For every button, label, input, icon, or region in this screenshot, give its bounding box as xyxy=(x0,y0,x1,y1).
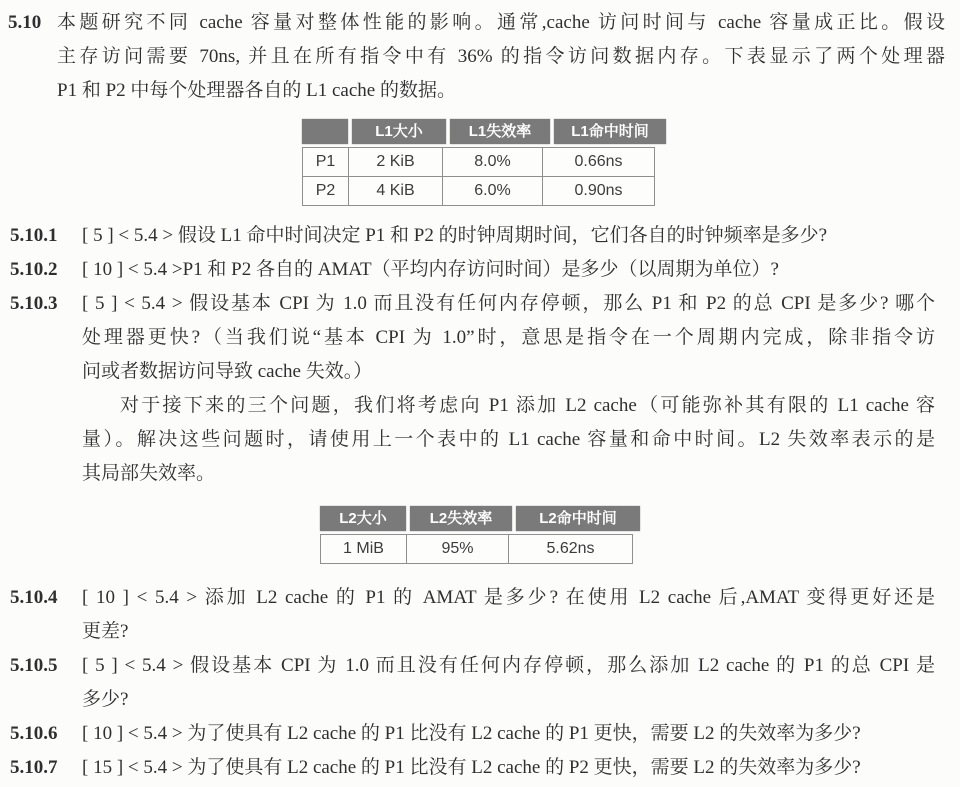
question-number: 5.10.6 xyxy=(10,717,58,751)
l2-table-header-row: L2大小 L2失效率 L2命中时间 xyxy=(320,506,640,531)
l2-table-header-cell: L2大小 xyxy=(320,506,406,531)
question-5-10-6: 5.10.6 [ 10 ] < 5.4 > 为了使具有 L2 cache 的 P… xyxy=(0,717,960,751)
paragraph-line: 其局部失效率。 xyxy=(82,457,935,491)
question-line: 处理器更快?（当我们说“基本 CPI 为 1.0”时，意思是指令在一个周期内完成… xyxy=(82,321,935,355)
l1-table-body: P1 2 KiB 8.0% 0.66ns P2 4 KiB 6.0% 0.90n… xyxy=(302,147,655,206)
l1-table-cell: 8.0% xyxy=(443,148,543,177)
question-number: 5.10.4 xyxy=(10,581,58,615)
l1-cache-table: L1大小 L1失效率 L1命中时间 P1 2 KiB 8.0% 0.66ns P… xyxy=(302,119,666,206)
question-text: [ 5 ] < 5.4 > 假设基本 CPI 为 1.0 而且没有任何内存停顿，… xyxy=(82,287,935,389)
question-number: 5.10.5 xyxy=(10,649,58,683)
problem-intro-text: 本题研究不同 cache 容量对整体性能的影响。通常,cache 访问时间与 c… xyxy=(57,6,945,108)
l1-table-cell: 2 KiB xyxy=(349,148,443,177)
l2-table-header-cell: L2命中时间 xyxy=(516,506,640,531)
question-text: [ 15 ] < 5.4 > 为了使具有 L2 cache 的 P1 比没有 L… xyxy=(82,751,935,785)
table-row: 1 MiB 95% 5.62ns xyxy=(321,535,633,564)
l1-table-header-cell: L1大小 xyxy=(352,119,446,144)
l1-table-header-row: L1大小 L1失效率 L1命中时间 xyxy=(302,119,666,144)
question-5-10-2: 5.10.2 [ 10 ] < 5.4 >P1 和 P2 各自的 AMAT（平均… xyxy=(0,253,960,287)
question-number: 5.10.2 xyxy=(10,253,58,287)
question-text: [ 10 ] < 5.4 > 添加 L2 cache 的 P1 的 AMAT 是… xyxy=(82,581,935,649)
intro-line: 主存访问需要 70ns, 并且在所有指令中有 36% 的指令访问数据内存。下表显… xyxy=(57,40,945,74)
table-row: P2 4 KiB 6.0% 0.90ns xyxy=(303,177,655,206)
question-line: 多少? xyxy=(82,683,935,717)
l2-cache-table: L2大小 L2失效率 L2命中时间 1 MiB 95% 5.62ns xyxy=(320,506,640,564)
question-line: [ 10 ] < 5.4 > 为了使具有 L2 cache 的 P1 比没有 L… xyxy=(82,717,935,751)
l1-table-cell: 0.66ns xyxy=(543,148,655,177)
l1-table-header-cell xyxy=(302,119,348,144)
l1-table-cell: P2 xyxy=(303,177,349,206)
problem-intro: 5.10 本题研究不同 cache 容量对整体性能的影响。通常,cache 访问… xyxy=(0,6,960,108)
question-line: [ 10 ] < 5.4 > 添加 L2 cache 的 P1 的 AMAT 是… xyxy=(82,581,935,615)
question-line: [ 15 ] < 5.4 > 为了使具有 L2 cache 的 P1 比没有 L… xyxy=(82,751,935,785)
exercise-page: 5.10 本题研究不同 cache 容量对整体性能的影响。通常,cache 访问… xyxy=(0,0,960,787)
table-row: P1 2 KiB 8.0% 0.66ns xyxy=(303,148,655,177)
question-5-10-7: 5.10.7 [ 15 ] < 5.4 > 为了使具有 L2 cache 的 P… xyxy=(0,751,960,785)
intro-line: P1 和 P2 中每个处理器各自的 L1 cache 的数据。 xyxy=(57,74,945,108)
question-number: 5.10.3 xyxy=(10,287,58,321)
transition-paragraph: 对于接下来的三个问题，我们将考虑向 P1 添加 L2 cache（可能弥补其有限… xyxy=(82,389,935,491)
l2-table-cell: 5.62ns xyxy=(509,535,633,564)
l2-table-body: 1 MiB 95% 5.62ns xyxy=(320,534,633,564)
paragraph-line: 量）。解决这些问题时，请使用上一个表中的 L1 cache 容量和命中时间。L2… xyxy=(82,423,935,457)
question-line: [ 5 ] < 5.4 > 假设基本 CPI 为 1.0 而且没有任何内存停顿，… xyxy=(82,287,935,321)
question-line: [ 5 ] < 5.4 > 假设 L1 命中时间决定 P1 和 P2 的时钟周期… xyxy=(82,219,935,253)
l2-table-cell: 1 MiB xyxy=(321,535,407,564)
question-line: 问或者数据访问导致 cache 失效。） xyxy=(82,355,935,389)
l1-table-cell: 4 KiB xyxy=(349,177,443,206)
question-text: [ 10 ] < 5.4 >P1 和 P2 各自的 AMAT（平均内存访问时间）… xyxy=(82,253,935,287)
question-5-10-1: 5.10.1 [ 5 ] < 5.4 > 假设 L1 命中时间决定 P1 和 P… xyxy=(0,219,960,253)
l1-table-cell: P1 xyxy=(303,148,349,177)
question-line: 更差? xyxy=(82,615,935,649)
l1-table-header-cell: L1失效率 xyxy=(450,119,550,144)
l2-table-header-cell: L2失效率 xyxy=(410,506,512,531)
intro-line: 本题研究不同 cache 容量对整体性能的影响。通常,cache 访问时间与 c… xyxy=(57,6,945,40)
paragraph-line: 对于接下来的三个问题，我们将考虑向 P1 添加 L2 cache（可能弥补其有限… xyxy=(82,389,935,423)
question-text: [ 5 ] < 5.4 > 假设基本 CPI 为 1.0 而且没有任何内存停顿，… xyxy=(82,649,935,717)
question-number: 5.10.1 xyxy=(10,219,58,253)
question-text: [ 5 ] < 5.4 > 假设 L1 命中时间决定 P1 和 P2 的时钟周期… xyxy=(82,219,935,253)
l1-table-header-cell: L1命中时间 xyxy=(554,119,666,144)
question-5-10-3: 5.10.3 [ 5 ] < 5.4 > 假设基本 CPI 为 1.0 而且没有… xyxy=(0,287,960,389)
question-5-10-5: 5.10.5 [ 5 ] < 5.4 > 假设基本 CPI 为 1.0 而且没有… xyxy=(0,649,960,717)
l2-table-cell: 95% xyxy=(407,535,509,564)
l1-table-cell: 6.0% xyxy=(443,177,543,206)
question-line: [ 10 ] < 5.4 >P1 和 P2 各自的 AMAT（平均内存访问时间）… xyxy=(82,253,935,287)
question-number: 5.10.7 xyxy=(10,751,58,785)
question-text: [ 10 ] < 5.4 > 为了使具有 L2 cache 的 P1 比没有 L… xyxy=(82,717,935,751)
problem-number: 5.10 xyxy=(8,6,41,40)
question-5-10-4: 5.10.4 [ 10 ] < 5.4 > 添加 L2 cache 的 P1 的… xyxy=(0,581,960,649)
l1-table-cell: 0.90ns xyxy=(543,177,655,206)
question-line: [ 5 ] < 5.4 > 假设基本 CPI 为 1.0 而且没有任何内存停顿，… xyxy=(82,649,935,683)
